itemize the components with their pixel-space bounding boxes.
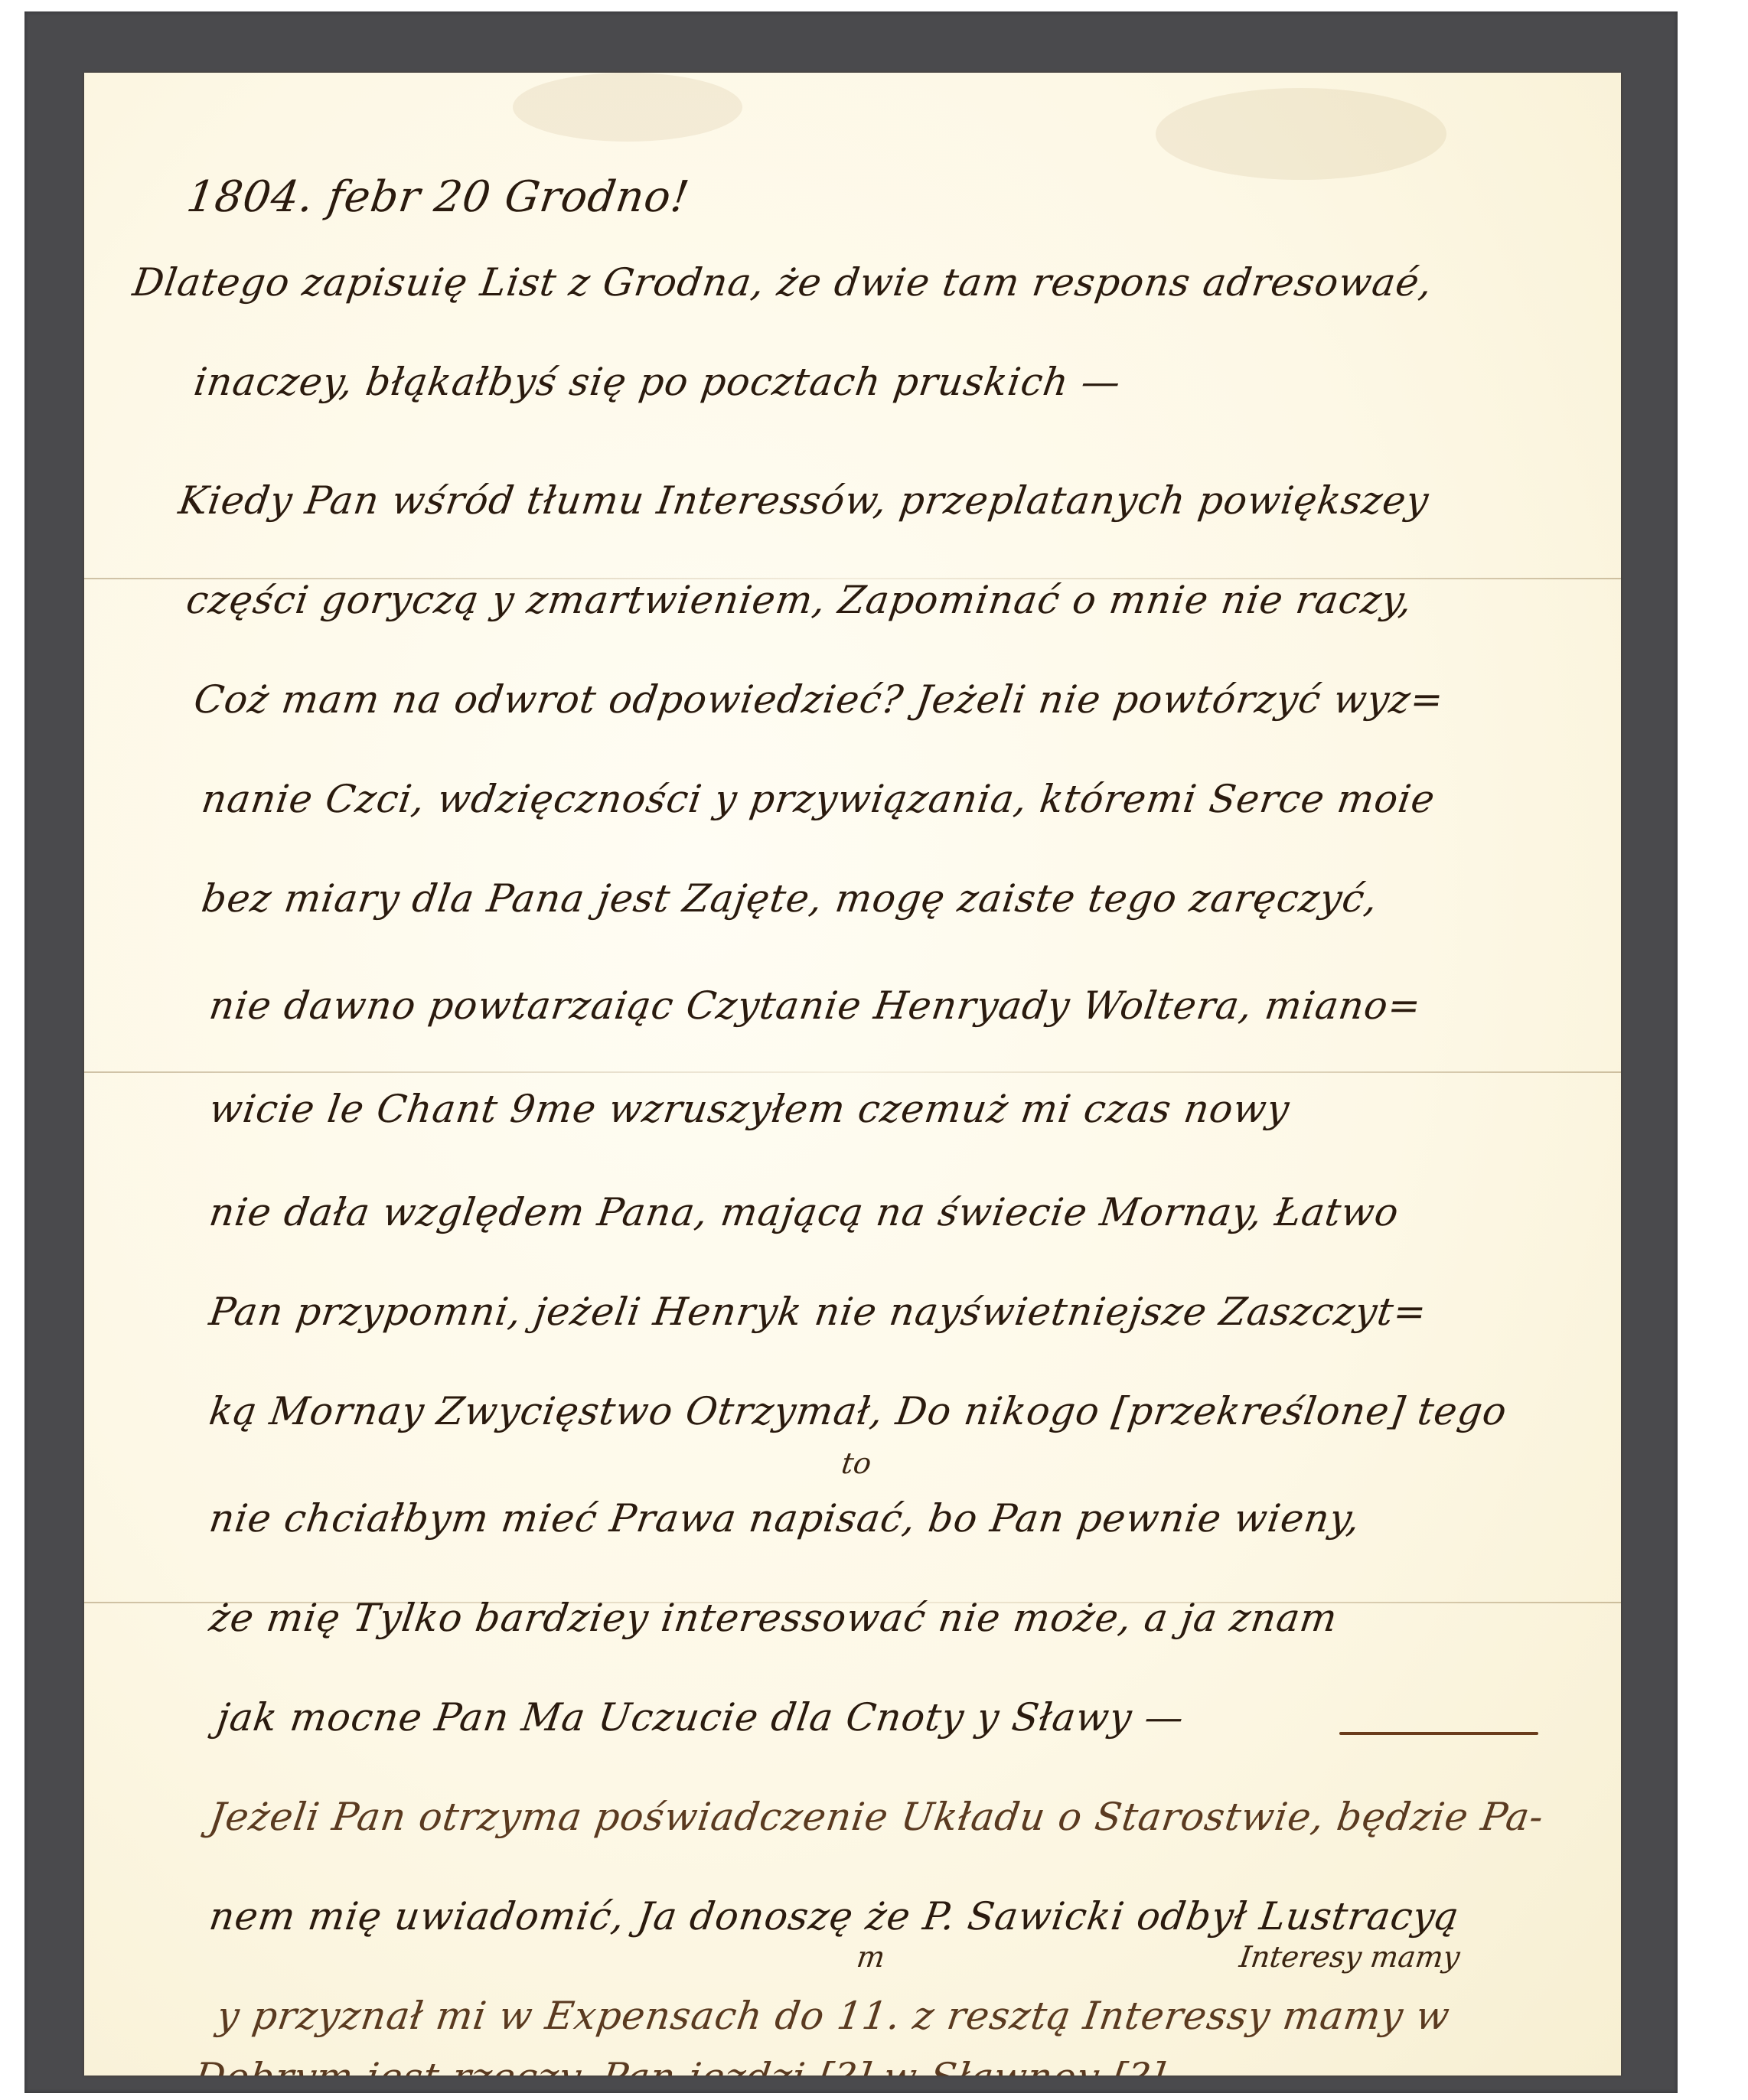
letter-date-line: 1804. febr 20 Grodno! (184, 172, 693, 222)
letter-line-17: nem mię uwiadomić, Ja donoszę że P. Sawi… (207, 1894, 1462, 1939)
letter-line-16: Jeżeli Pan otrzyma poświadczenie Układu … (207, 1795, 1547, 1839)
letter-line-18: y przyznał mi w Expensach do 11. z reszt… (214, 1994, 1453, 2038)
letter-line-14: że mię Tylko bardziey interessować nie m… (207, 1596, 1340, 1640)
letter-line-10: nie dała względem Pana, mającą na świeci… (207, 1190, 1402, 1234)
letter-line-1: Dlatego zapisuię List z Grodna, że dwie … (130, 260, 1436, 305)
letter-line-9: wicie le Chant 9me wzruszyłem czemuż mi … (207, 1087, 1293, 1131)
letter-line-15: jak mocne Pan Ma Uczucie dla Cnoty y Sła… (214, 1695, 1187, 1740)
letter-line-11: Pan przypomni, jeżeli Henryk nie nayświe… (207, 1290, 1430, 1334)
letter-line-6: nanie Czci, wdzięczności y przywiązania,… (199, 777, 1438, 821)
paper-fold-line (84, 1071, 1621, 1073)
letter-line-8: nie dawno powtarzaiąc Czytanie Henryady … (207, 983, 1424, 1028)
paper-stain (513, 73, 742, 142)
interlinear-insertion: Interesy mamy (1238, 1940, 1462, 1974)
letter-line-4: części goryczą y zmartwieniem, Zapominać… (184, 578, 1415, 622)
letter-line-2: inaczey, błąkałbyś się po pocztach prusk… (191, 360, 1123, 404)
letter-paper: 1804. febr 20 Grodno! Dlatego zapisuię L… (84, 73, 1621, 2076)
interlinear-insertion: to (840, 1446, 873, 1480)
paper-stain (1156, 88, 1446, 180)
letter-line-13: nie chciałbym mieć Prawa napisać, bo Pan… (207, 1496, 1363, 1541)
letter-line-19: Dobrym iest rzeczy, Pan iezdzi [?] w Sła… (191, 2055, 1219, 2076)
letter-line-3: Kiedy Pan wśród tłumu Interessów, przepl… (176, 478, 1432, 523)
letter-line-7: bez miary dla Pana jest Zajęte, mogę zai… (199, 876, 1381, 921)
interlinear-insertion: m (855, 1940, 887, 1974)
ink-flourish (1339, 1732, 1538, 1735)
letter-line-12: ką Mornay Zwycięstwo Otrzymał, Do nikogo… (207, 1389, 1510, 1433)
letter-line-5: Coż mam na odwrot odpowiedzieć? Jeżeli n… (191, 677, 1446, 722)
